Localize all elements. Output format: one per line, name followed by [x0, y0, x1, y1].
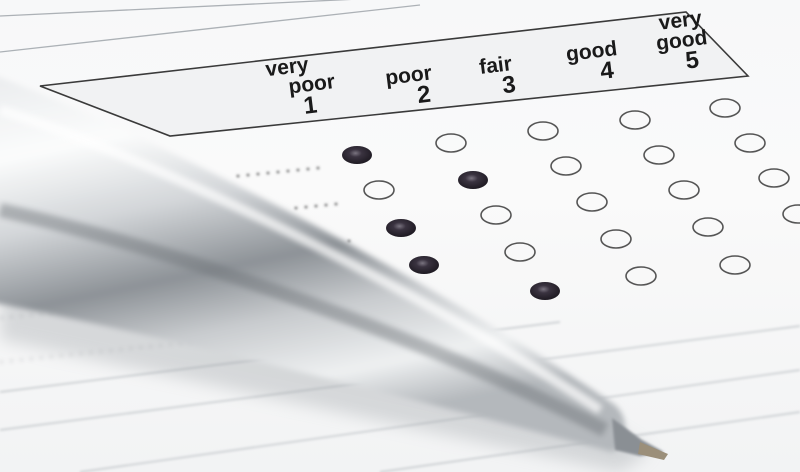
survey-photo: very poor 1 poor 2 fair 3 good 4 very go…: [0, 0, 800, 472]
ruled-lines-top: [0, 0, 420, 52]
scale-label-5: very good 5: [627, 7, 724, 80]
scale-label-1: very poor 1: [258, 51, 345, 123]
dotted-leaders-blurred: [0, 232, 260, 362]
scale-label-3: fair 3: [460, 52, 535, 103]
dotted-leaders: [237, 167, 351, 243]
answer-bubbles-filled: [342, 146, 560, 300]
ruled-lines-bottom: [0, 322, 800, 472]
